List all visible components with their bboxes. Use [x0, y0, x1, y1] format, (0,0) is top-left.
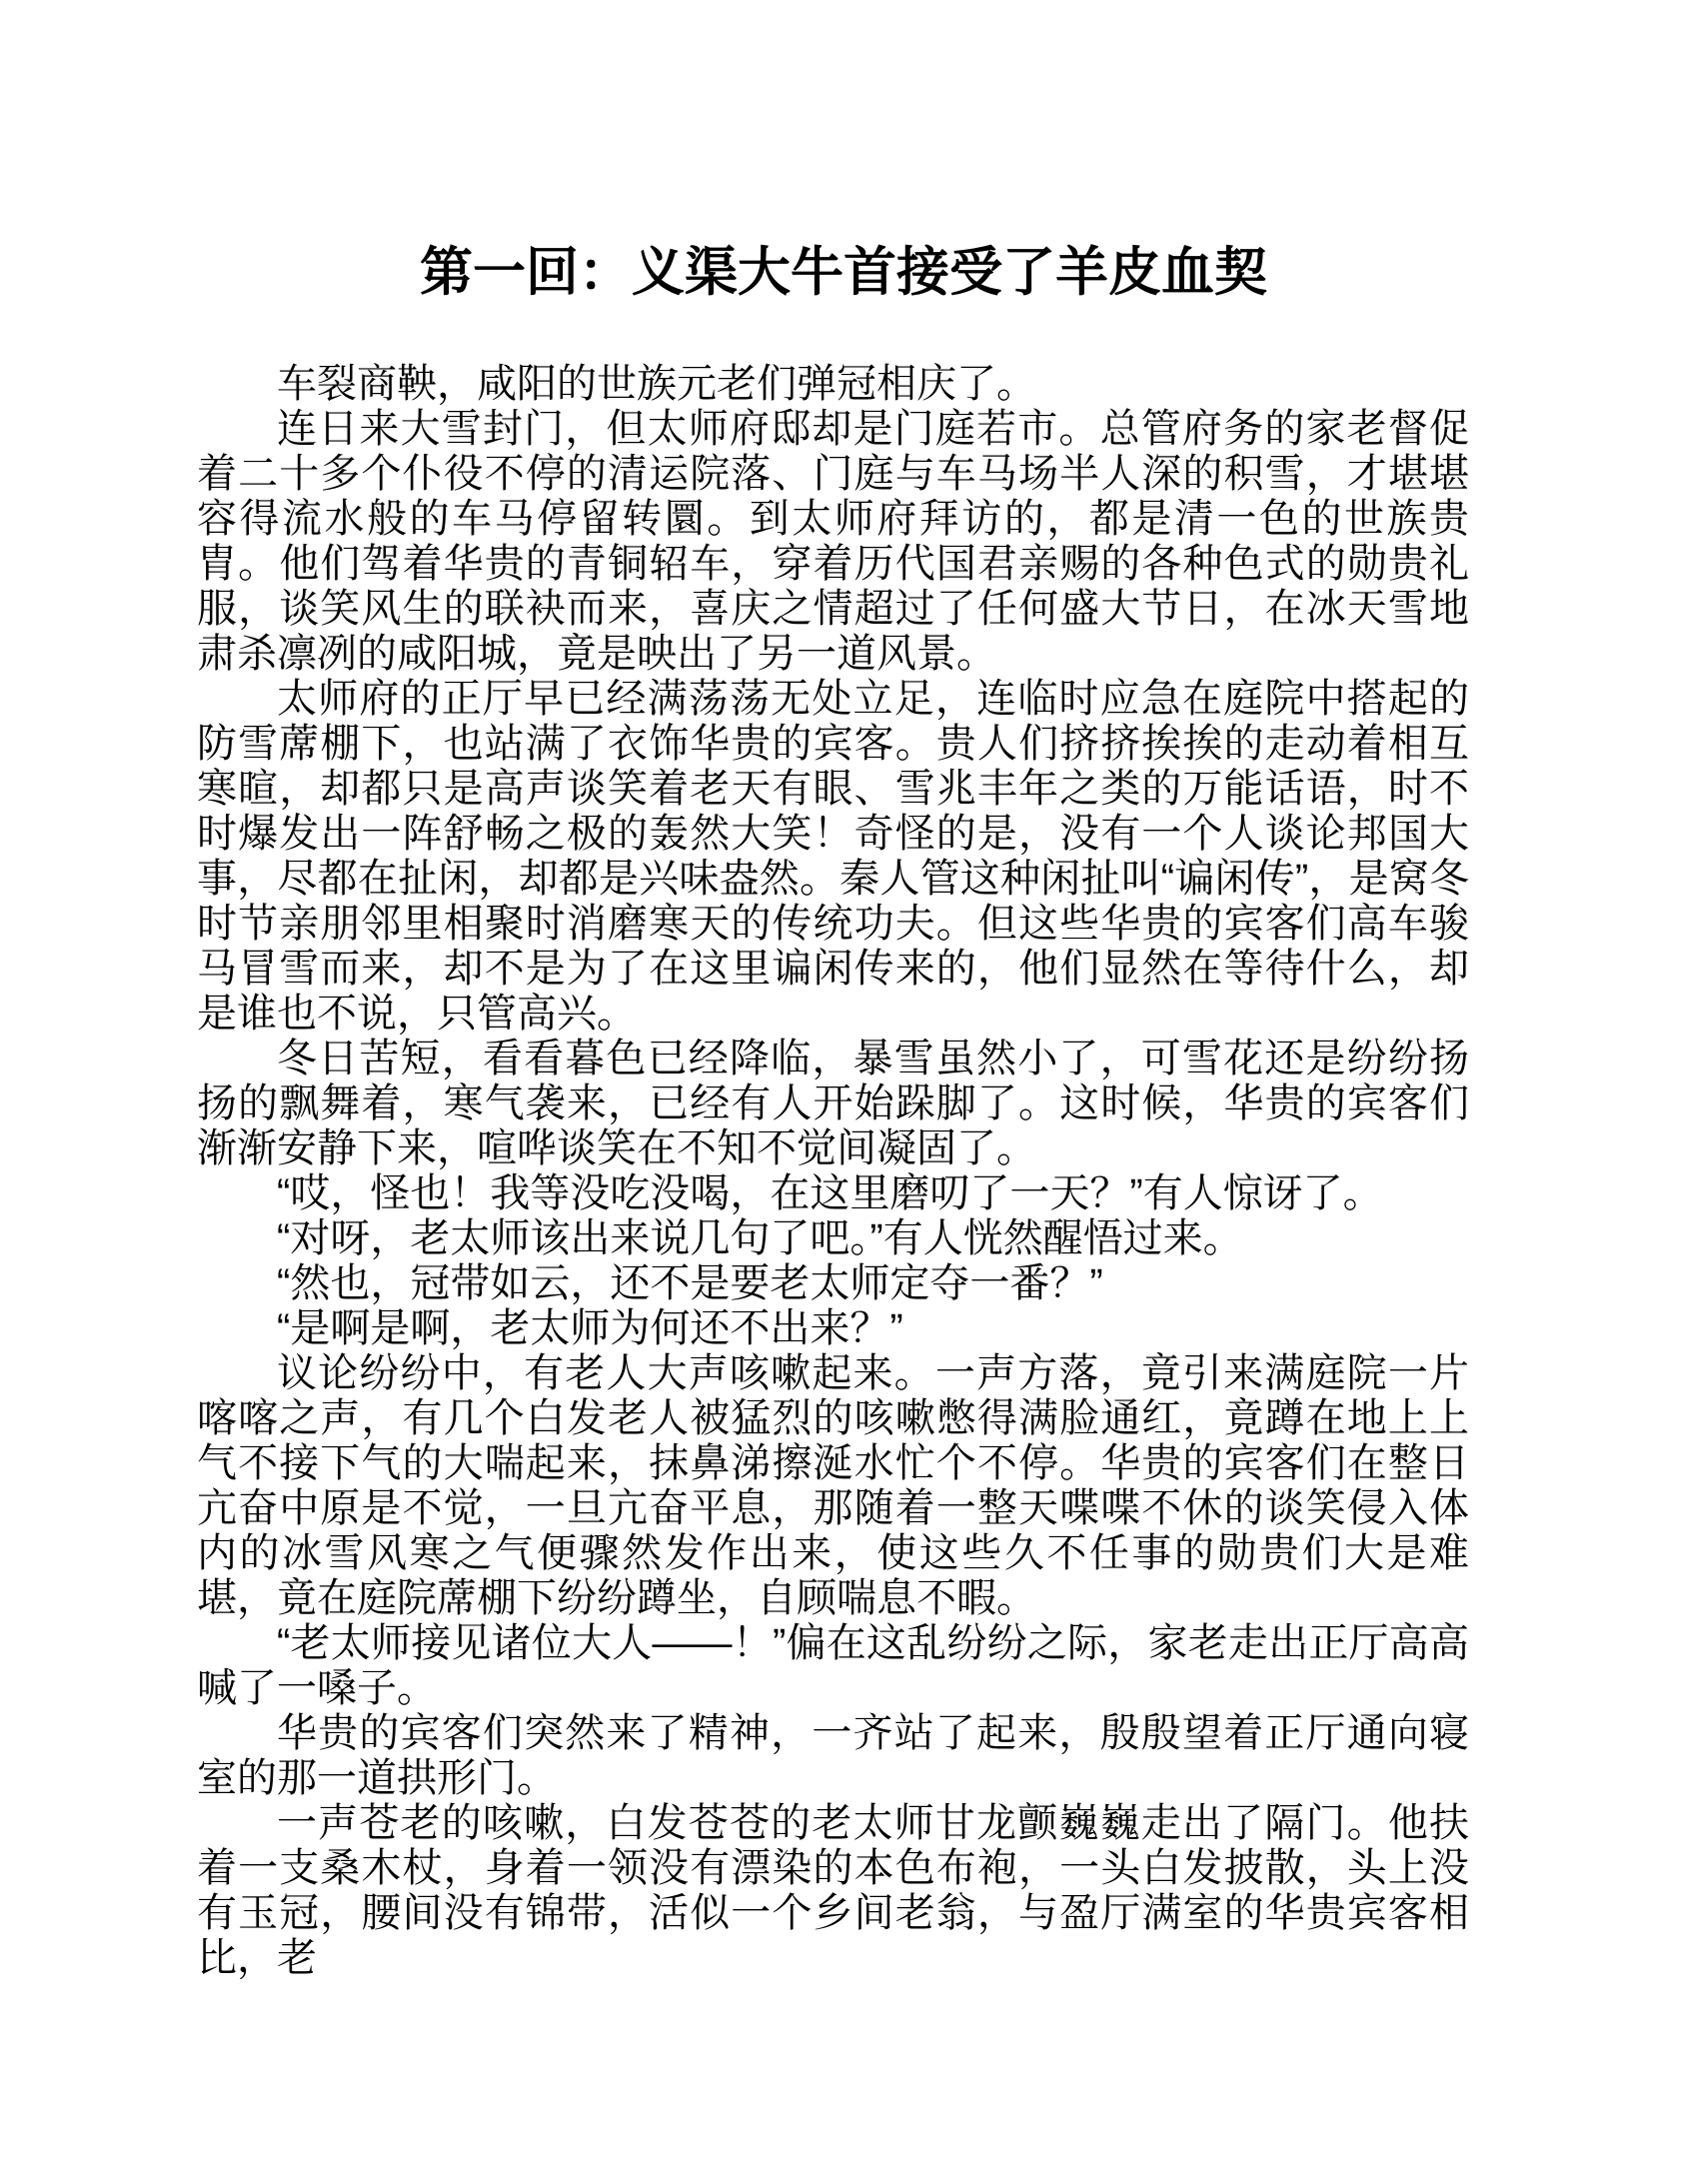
- paragraph: “然也，冠带如云，还不是要老太师定夺一番？”: [197, 1261, 1469, 1306]
- paragraph: 议论纷纷中，有老人大声咳嗽起来。一声方落，竟引来满庭院一片喀喀之声，有几个白发老…: [197, 1351, 1469, 1621]
- paragraph: 连日来大雪封门，但太师府邸却是门庭若市。总管府务的家老督促着二十多个仆役不停的清…: [197, 407, 1469, 677]
- chapter-title: 第一回：义渠大牛首接受了羊皮血契: [0, 243, 1687, 303]
- document-page: 第一回：义渠大牛首接受了羊皮血契 车裂商鞅，咸阳的世族元老们弹冠相庆了。连日来大…: [0, 0, 1687, 2184]
- paragraph: 冬日苦短，看看暮色已经降临，暴雪虽然小了，可雪花还是纷纷扬扬的飘舞着，寒气袭来，…: [197, 1037, 1469, 1171]
- paragraph: 车裂商鞅，咸阳的世族元老们弹冠相庆了。: [197, 362, 1469, 407]
- paragraph: 华贵的宾客们突然来了精神，一齐站了起来，殷殷望着正厅通向寝室的那一道拱形门。: [197, 1711, 1469, 1801]
- paragraph: 一声苍老的咳嗽，白发苍苍的老太师甘龙颤巍巍走出了隔门。他扶着一支桑木杖，身着一领…: [197, 1801, 1469, 1981]
- paragraph: “是啊是啊，老太师为何还不出来？”: [197, 1306, 1469, 1351]
- body-text: 车裂商鞅，咸阳的世族元老们弹冠相庆了。连日来大雪封门，但太师府邸却是门庭若市。总…: [197, 362, 1469, 1981]
- paragraph: “对呀，老太师该出来说几句了吧。”有人恍然醒悟过来。: [197, 1216, 1469, 1261]
- paragraph: “老太师接见诸位大人——！”偏在这乱纷纷之际，家老走出正厅高高喊了一嗓子。: [197, 1621, 1469, 1711]
- paragraph: “哎，怪也！我等没吃没喝，在这里磨叨了一天？”有人惊讶了。: [197, 1171, 1469, 1216]
- paragraph: 太师府的正厅早已经满荡荡无处立足，连临时应急在庭院中搭起的防雪蓆棚下，也站满了衣…: [197, 677, 1469, 1037]
